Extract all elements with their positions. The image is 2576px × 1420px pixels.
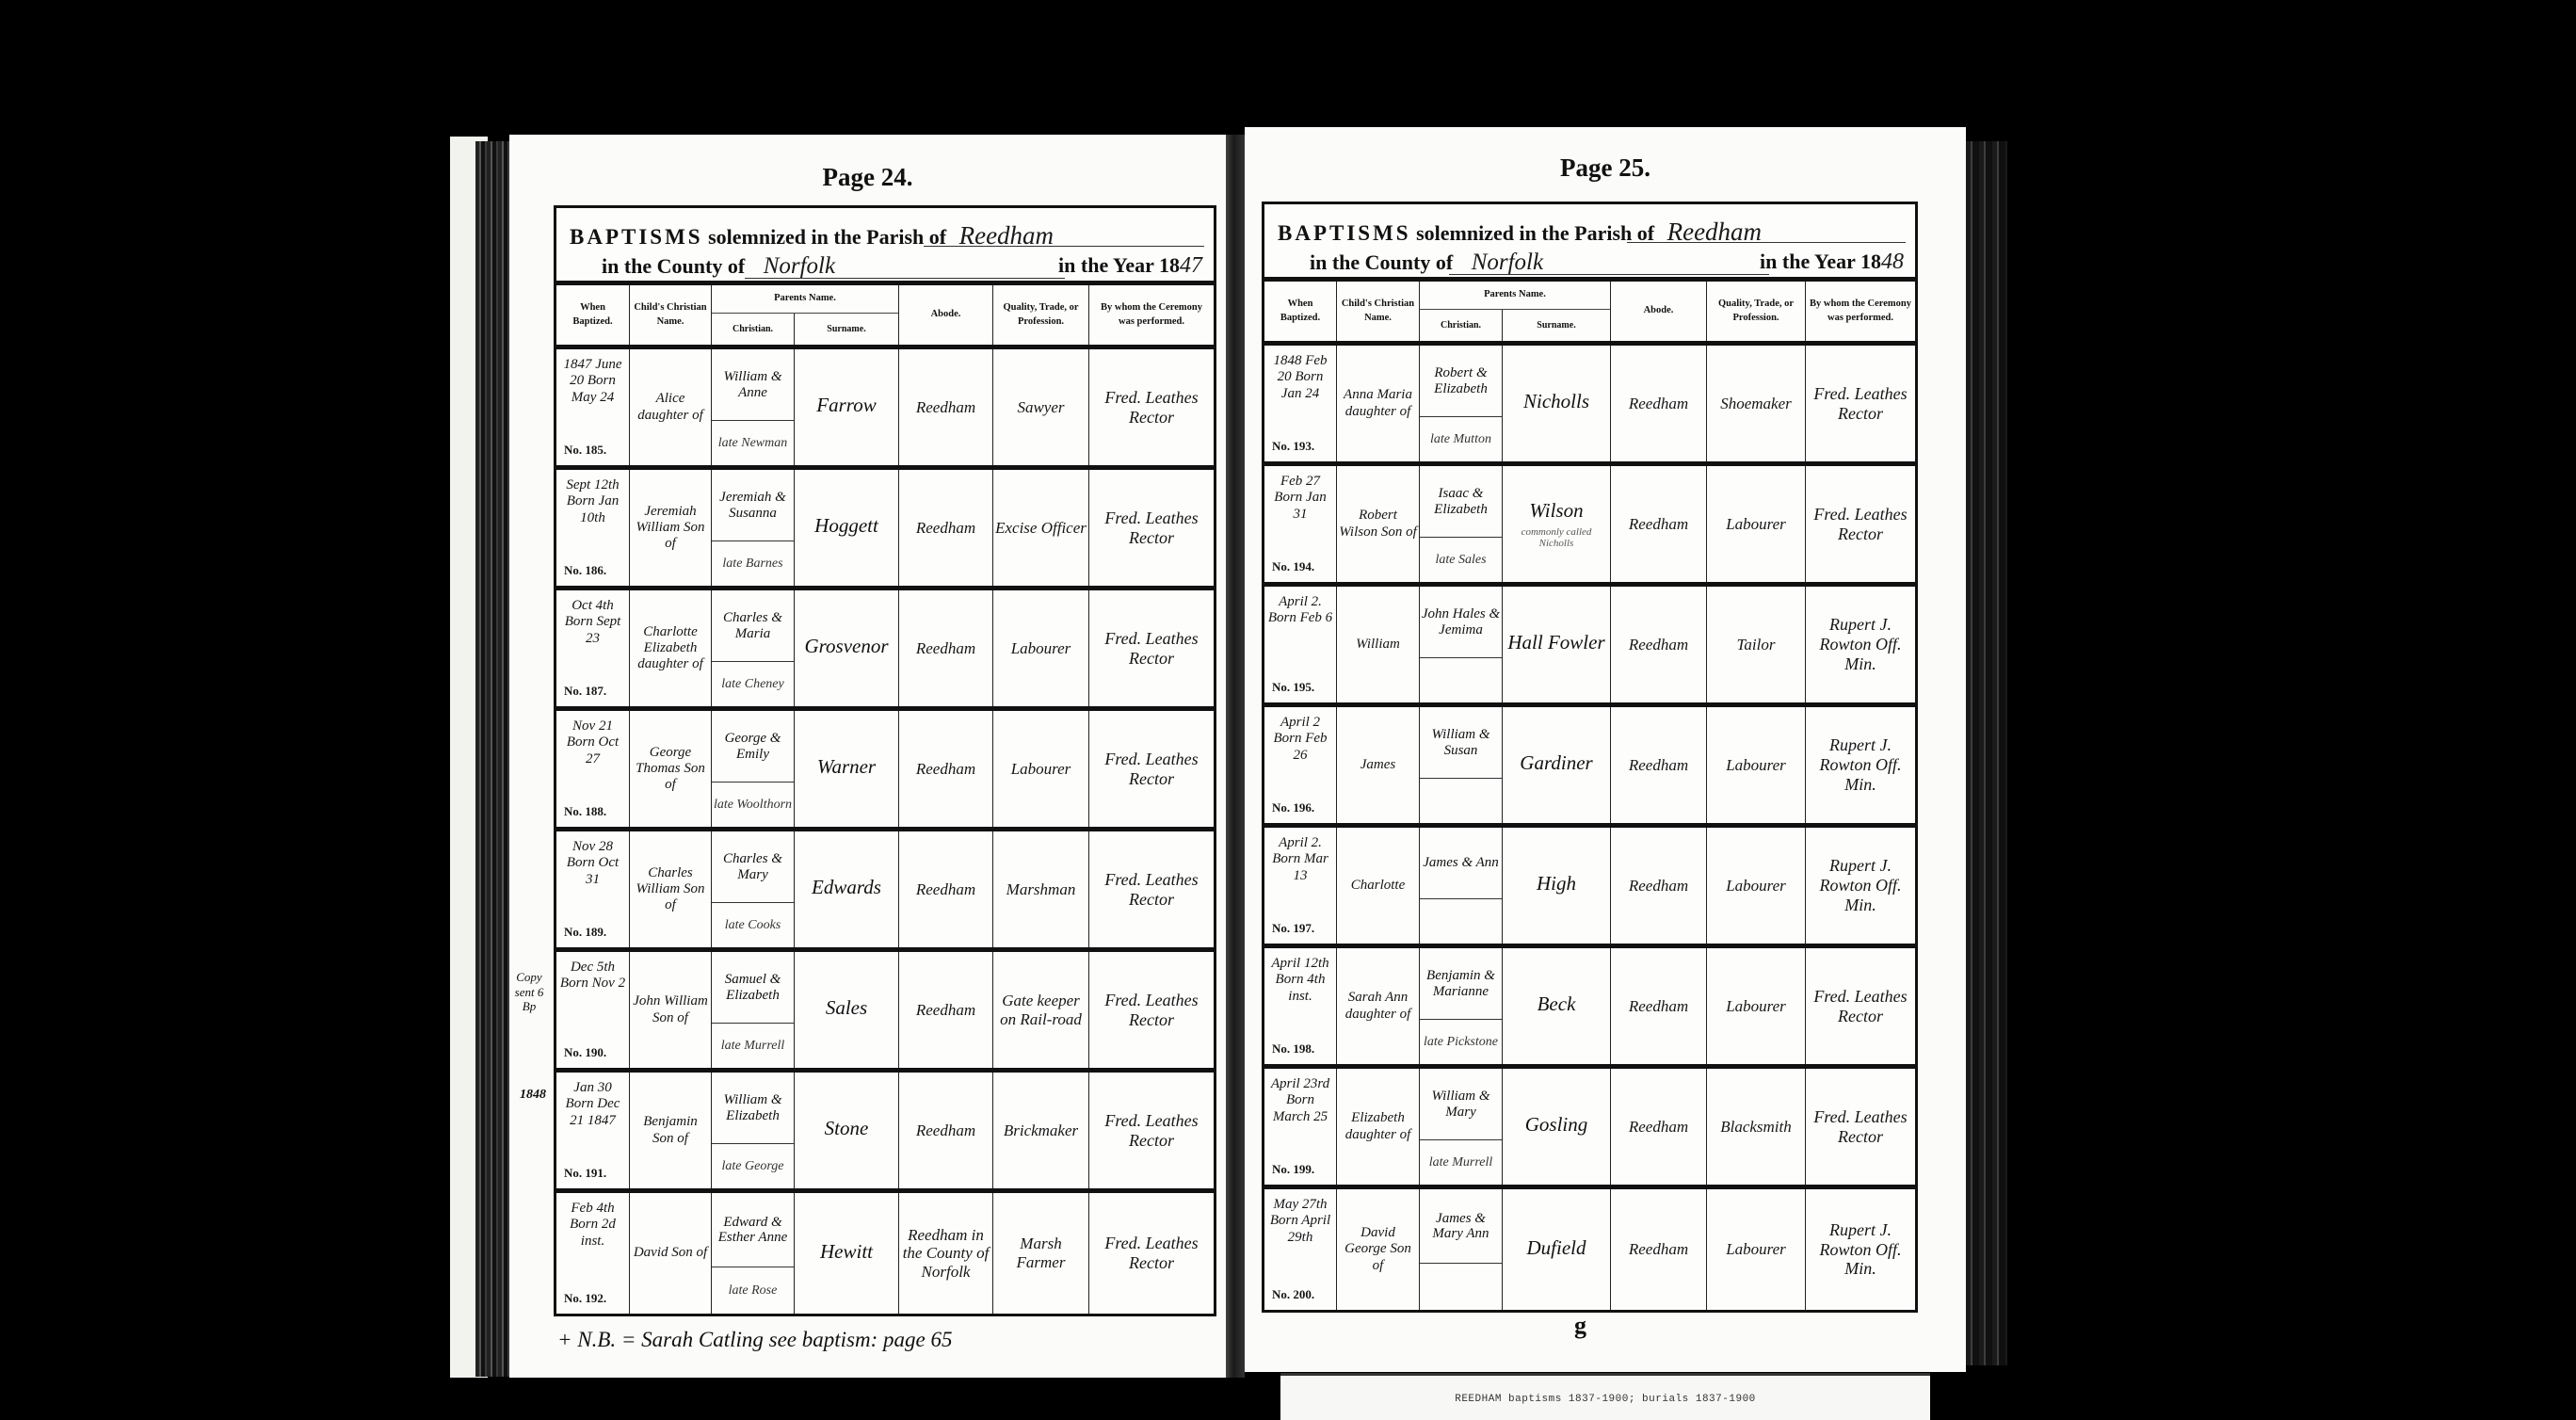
microfilm-caption: REEDHAM baptisms 1837-1900; burials 1837…	[1455, 1394, 1756, 1405]
child-name-text: Elizabeth daughter of	[1339, 1110, 1417, 1143]
mother-maiden-text: late Murrell	[1429, 1155, 1493, 1170]
entry-number: No. 190.	[564, 1046, 606, 1060]
mother-maiden-name: late Mutton	[1420, 417, 1502, 461]
parents-surname-text: Dufield	[1527, 1236, 1586, 1260]
parents-cell: Jeremiah & Susannalate BarnesHoggett	[712, 470, 899, 586]
parish-fill-line	[924, 246, 1204, 247]
parents-christian-names: Jeremiah & Susanna	[712, 470, 794, 541]
by-whom-text: Fred. Leathes Rector	[1091, 508, 1212, 547]
register-entry-row: 1847 June 20 Born May 24No. 185.Alice da…	[556, 349, 1214, 470]
child-name-cell: Alice daughter of	[630, 349, 712, 465]
entry-number: No. 195.	[1272, 681, 1314, 695]
by-whom-text: Fred. Leathes Rector	[1808, 1107, 1913, 1146]
abode-text: Reedham	[916, 1121, 975, 1140]
mother-maiden-name: late Sales	[1420, 538, 1502, 582]
parents-surname-text: Gosling	[1525, 1113, 1588, 1137]
child-name-text: George Thomas Son of	[632, 745, 709, 794]
abode-text: Reedham	[1629, 515, 1688, 534]
child-name-cell: Sarah Ann daughter of	[1337, 948, 1420, 1064]
register-entry-row: Nov 28 Born Oct 31No. 189.Charles Willia…	[556, 831, 1214, 952]
mother-maiden-name	[1420, 899, 1502, 944]
parents-surname-cell: Hewitt	[795, 1193, 898, 1314]
right-page-title: Page 25.	[1245, 153, 1966, 183]
parents-christian-text: Robert & Elizabeth	[1420, 365, 1502, 396]
abode-text: Reedham	[1629, 877, 1688, 896]
when-baptized-text: 1848 Feb 20 Born Jan 24	[1266, 353, 1334, 402]
parents-christian-cell: James & Ann	[1420, 828, 1503, 944]
abode-text: Reedham	[1629, 636, 1688, 654]
parents-christian-names: Edward & Esther Anne	[712, 1193, 794, 1267]
when-baptized-text: Sept 12th Born Jan 10th	[558, 477, 627, 526]
child-name-text: John William Son of	[632, 993, 709, 1026]
child-name-cell: David Son of	[630, 1193, 712, 1314]
right-register-rows: 1848 Feb 20 Born Jan 24No. 193.Anna Mari…	[1264, 346, 1915, 1310]
parents-surname-cell: Gardiner	[1503, 707, 1610, 823]
entry-number: No. 192.	[564, 1292, 606, 1306]
col-parents-surname: Surname.	[795, 314, 898, 345]
parents-surname-text: Gardiner	[1520, 751, 1592, 775]
parents-surname-text: Sales	[826, 996, 867, 1020]
year-label: in the Year 18	[1760, 250, 1881, 273]
parents-christian-cell: John Hales & Jemima	[1420, 587, 1503, 702]
abode-text: Reedham	[916, 760, 975, 779]
when-baptized-cell: Oct 4th Born Sept 23No. 187.	[556, 590, 630, 706]
when-baptized-text: April 2. Born Feb 6	[1266, 594, 1334, 627]
mother-maiden-name: late Rose	[712, 1267, 794, 1314]
right-heading-year: in the Year 1848	[1760, 250, 1904, 275]
parents-christian-cell: Edward & Esther Annelate Rose	[712, 1193, 795, 1314]
entry-number: No. 198.	[1272, 1042, 1314, 1057]
parents-christian-names: Charles & Mary	[712, 831, 794, 903]
parents-christian-text: Jeremiah & Susanna	[712, 490, 794, 521]
entry-number: No. 194.	[1272, 560, 1314, 574]
when-baptized-cell: Nov 21 Born Oct 27No. 188.	[556, 711, 630, 827]
abode-cell: Reedham	[1611, 346, 1707, 461]
when-baptized-text: April 2. Born Mar 13	[1266, 835, 1334, 884]
when-baptized-text: May 27th Born April 29th	[1266, 1197, 1334, 1246]
abode-cell: Reedham	[1611, 587, 1707, 702]
when-baptized-cell: May 27th Born April 29thNo. 200.	[1264, 1189, 1337, 1310]
entry-number: No. 199.	[1272, 1163, 1314, 1177]
entry-number: No. 188.	[564, 805, 606, 819]
when-baptized-cell: Sept 12th Born Jan 10thNo. 186.	[556, 470, 630, 586]
county-fill-line	[1449, 274, 1769, 275]
child-name-text: Anna Maria daughter of	[1339, 387, 1417, 420]
child-name-text: Robert Wilson Son of	[1339, 508, 1417, 541]
by-whom-text: Fred. Leathes Rector	[1091, 1111, 1212, 1150]
col-quality: Quality, Trade, or Profession.	[993, 285, 1089, 345]
by-whom-text: Fred. Leathes Rector	[1091, 629, 1212, 668]
parents-christian-text: Charles & Maria	[712, 610, 794, 641]
by-whom-cell: Rupert J. Rowton Off. Min.	[1806, 1189, 1915, 1310]
abode-text: Reedham	[1629, 1240, 1688, 1259]
abode-text: Reedham	[1629, 997, 1688, 1016]
child-name-cell: James	[1337, 707, 1420, 823]
abode-cell: Reedham	[899, 831, 993, 947]
parents-christian-cell: William & Elizabethlate George	[712, 1073, 795, 1188]
when-baptized-text: April 12th Born 4th inst.	[1266, 956, 1334, 1005]
parents-surname-text: Stone	[825, 1117, 869, 1140]
entry-number: No. 185.	[564, 444, 606, 458]
when-baptized-cell: April 2. Born Mar 13No. 197.	[1264, 828, 1337, 944]
abode-cell: Reedham	[1611, 948, 1707, 1064]
mother-maiden-text: late Barnes	[722, 557, 782, 571]
quality-text: Labourer	[1011, 760, 1071, 779]
when-baptized-cell: Nov 28 Born Oct 31No. 189.	[556, 831, 630, 947]
parents-christian-text: Charles & Mary	[712, 851, 794, 882]
mother-maiden-name: late Barnes	[712, 541, 794, 586]
parents-christian-cell: William & Marylate Murrell	[1420, 1069, 1503, 1185]
by-whom-cell: Fred. Leathes Rector	[1806, 466, 1915, 582]
when-baptized-text: Jan 30 Born Dec 21 1847	[558, 1080, 627, 1129]
by-whom-cell: Fred. Leathes Rector	[1089, 711, 1214, 827]
quality-text: Brickmaker	[1004, 1121, 1078, 1140]
parents-christian-names: Isaac & Elizabeth	[1420, 466, 1502, 538]
parents-christian-text: William & Elizabeth	[712, 1092, 794, 1123]
col-abode: Abode.	[899, 285, 993, 345]
left-county-value: Norfolk	[764, 253, 835, 279]
margin-note-text: Copy sent 6 Bp	[515, 970, 544, 1013]
left-margin-note-copy-sent: Copy sent 6 Bp	[508, 970, 550, 1014]
parents-surname-text: Hoggett	[814, 514, 878, 538]
parents-christian-names: William & Elizabeth	[712, 1073, 794, 1144]
parents-christian-cell: Benjamin & Mariannelate Pickstone	[1420, 948, 1503, 1064]
when-baptized-cell: Feb 4th Born 2d inst.No. 192.	[556, 1193, 630, 1314]
entry-number: No. 187.	[564, 685, 606, 699]
by-whom-cell: Fred. Leathes Rector	[1089, 1193, 1214, 1314]
col-parents-christian: Christian.	[712, 314, 795, 345]
entry-number: No. 191.	[564, 1167, 606, 1181]
by-whom-cell: Fred. Leathes Rector	[1089, 1073, 1214, 1188]
parents-christian-text: James & Mary Ann	[1420, 1211, 1502, 1242]
child-name-text: Alice daughter of	[632, 391, 709, 424]
mother-maiden-text: late Rose	[729, 1283, 778, 1298]
left-page-footnote: + N.B. = Sarah Catling see baptism: page…	[557, 1328, 952, 1352]
quality-text: Labourer	[1726, 877, 1786, 896]
microfilm-caption-strip: REEDHAM baptisms 1837-1900; burials 1837…	[1280, 1373, 1930, 1420]
parents-surname-cell: Gosling	[1503, 1069, 1610, 1185]
parents-christian-cell: William & Susan	[1420, 707, 1503, 823]
parents-surname-cell: Dufield	[1503, 1189, 1610, 1310]
abode-cell: Reedham	[899, 711, 993, 827]
abode-cell: Reedham	[1611, 1189, 1707, 1310]
right-county-value: Norfolk	[1472, 250, 1543, 275]
quality-text: Marsh Farmer	[995, 1234, 1087, 1271]
register-entry-row: Feb 27 Born Jan 31No. 194.Robert Wilson …	[1264, 466, 1915, 587]
right-column-headers: When Baptized. Child's Christian Name. P…	[1264, 282, 1915, 346]
parents-christian-cell: Jeremiah & Susannalate Barnes	[712, 470, 795, 586]
abode-text: Reedham	[916, 1001, 975, 1020]
quality-cell: Blacksmith	[1707, 1069, 1806, 1185]
register-entry-row: Jan 30 Born Dec 21 1847No. 191.Benjamin …	[556, 1073, 1214, 1193]
mother-maiden-name	[1420, 658, 1502, 702]
abode-text: Reedham	[1629, 756, 1688, 775]
by-whom-cell: Fred. Leathes Rector	[1806, 1069, 1915, 1185]
parents-cell: Samuel & Elizabethlate MurrellSales	[712, 952, 899, 1068]
left-heading-county-line: in the County of Norfolk	[602, 253, 835, 280]
parents-christian-text: James & Ann	[1423, 855, 1499, 871]
child-name-text: James	[1360, 757, 1396, 773]
parents-christian-cell: William & Annelate Newman	[712, 349, 795, 465]
quality-cell: Tailor	[1707, 587, 1806, 702]
left-binding-stripe	[475, 141, 509, 1377]
by-whom-text: Fred. Leathes Rector	[1091, 991, 1212, 1029]
by-whom-cell: Fred. Leathes Rector	[1089, 349, 1214, 465]
right-register-table: BAPTISMS solemnized in the Parish of Ree…	[1262, 202, 1918, 1313]
left-year-value: 47	[1180, 253, 1202, 278]
when-baptized-text: Nov 28 Born Oct 31	[558, 839, 627, 888]
mother-maiden-name: late Cooks	[712, 903, 794, 947]
parents-surname-cell: Sales	[795, 952, 898, 1068]
quality-cell: Marsh Farmer	[993, 1193, 1089, 1314]
parents-surname-cell: Nicholls	[1503, 346, 1610, 461]
child-name-cell: Elizabeth daughter of	[1337, 1069, 1420, 1185]
parents-christian-names: George & Emily	[712, 711, 794, 783]
parents-surname-cell: Wilsoncommonly called Nicholls	[1503, 466, 1610, 582]
parents-cell: Benjamin & Mariannelate PickstoneBeck	[1420, 948, 1611, 1064]
entry-number: No. 197.	[1272, 922, 1314, 936]
parents-cell: Charles & Marialate CheneyGrosvenor	[712, 590, 899, 706]
when-baptized-text: April 2 Born Feb 26	[1266, 715, 1334, 764]
quality-text: Excise Officer	[995, 519, 1087, 538]
by-whom-cell: Fred. Leathes Rector	[1806, 948, 1915, 1064]
when-baptized-cell: April 2 Born Feb 26No. 196.	[1264, 707, 1337, 823]
col-parents-christian: Christian.	[1420, 310, 1503, 341]
by-whom-text: Rupert J. Rowton Off. Min.	[1808, 1220, 1913, 1279]
parents-surname-cell: Hall Fowler	[1503, 587, 1610, 702]
parents-surname-cell: Stone	[795, 1073, 898, 1188]
child-name-text: David George Son of	[1339, 1225, 1417, 1274]
by-whom-cell: Rupert J. Rowton Off. Min.	[1806, 707, 1915, 823]
parents-christian-names: William & Susan	[1420, 707, 1502, 779]
quality-cell: Labourer	[1707, 828, 1806, 944]
register-entry-row: Oct 4th Born Sept 23No. 187.Charlotte El…	[556, 590, 1214, 711]
entry-number: No. 200.	[1272, 1288, 1314, 1302]
when-baptized-cell: Jan 30 Born Dec 21 1847No. 191.	[556, 1073, 630, 1188]
quality-text: Tailor	[1737, 636, 1776, 654]
parents-christian-cell: George & Emilylate Woolthorn	[712, 711, 795, 827]
register-entry-row: April 2 Born Feb 26No. 196.JamesWilliam …	[1264, 707, 1915, 828]
parents-surname-cell: Grosvenor	[795, 590, 898, 706]
register-entry-row: April 2. Born Mar 13No. 197.CharlotteJam…	[1264, 828, 1915, 948]
col-parents-surname: Surname.	[1503, 310, 1610, 341]
by-whom-text: Fred. Leathes Rector	[1808, 384, 1913, 423]
col-by-whom: By whom the Ceremony was performed.	[1806, 282, 1915, 341]
parents-surname-cell: Warner	[795, 711, 898, 827]
quality-cell: Marshman	[993, 831, 1089, 947]
parents-christian-text: William & Mary	[1420, 1089, 1502, 1120]
parents-christian-cell: Charles & Marylate Cooks	[712, 831, 795, 947]
parents-cell: Charles & Marylate CooksEdwards	[712, 831, 899, 947]
mother-maiden-name: late Pickstone	[1420, 1020, 1502, 1064]
abode-text: Reedham in the County of Norfolk	[901, 1226, 990, 1282]
abode-cell: Reedham	[1611, 466, 1707, 582]
parents-cell: George & Emilylate WoolthornWarner	[712, 711, 899, 827]
by-whom-text: Fred. Leathes Rector	[1091, 750, 1212, 788]
when-baptized-text: Dec 5th Born Nov 2	[558, 960, 627, 992]
child-name-text: Sarah Ann daughter of	[1339, 990, 1417, 1023]
parents-christian-cell: Samuel & Elizabethlate Murrell	[712, 952, 795, 1068]
quality-cell: Sawyer	[993, 349, 1089, 465]
parents-surname-text: Beck	[1538, 992, 1576, 1016]
col-parents-name: Parents Name.	[1420, 282, 1610, 310]
col-parents-name: Parents Name.	[712, 285, 898, 314]
parents-cell: Edward & Esther Annelate RoseHewitt	[712, 1193, 899, 1314]
by-whom-text: Fred. Leathes Rector	[1091, 870, 1212, 909]
quality-cell: Labourer	[993, 590, 1089, 706]
parents-christian-names: John Hales & Jemima	[1420, 587, 1502, 658]
by-whom-cell: Fred. Leathes Rector	[1089, 470, 1214, 586]
child-name-cell: John William Son of	[630, 952, 712, 1068]
book-gutter	[1226, 135, 1245, 1378]
col-abode: Abode.	[1611, 282, 1707, 341]
child-name-cell: Robert Wilson Son of	[1337, 466, 1420, 582]
abode-cell: Reedham	[1611, 1069, 1707, 1185]
by-whom-text: Rupert J. Rowton Off. Min.	[1808, 856, 1913, 914]
parents-surname-text: Hewitt	[820, 1240, 873, 1264]
mother-maiden-name: late Cheney	[712, 662, 794, 706]
entry-number: No. 186.	[564, 564, 606, 578]
register-entry-row: Dec 5th Born Nov 2No. 190.John William S…	[556, 952, 1214, 1073]
left-margin-note-year: 1848	[512, 1088, 554, 1104]
quality-text: Labourer	[1726, 1240, 1786, 1259]
child-name-text: William	[1356, 637, 1400, 653]
mother-maiden-text: late Sales	[1435, 553, 1486, 567]
abode-cell: Reedham	[899, 952, 993, 1068]
when-baptized-text: Feb 27 Born Jan 31	[1266, 474, 1334, 523]
mother-maiden-text: late Cooks	[725, 918, 781, 932]
quality-text: Gate keeper on Rail-road	[995, 992, 1087, 1028]
parents-christian-names: James & Ann	[1420, 828, 1502, 899]
parish-fill-line	[1627, 242, 1906, 243]
when-baptized-text: Nov 21 Born Oct 27	[558, 718, 627, 767]
child-name-cell: Charlotte Elizabeth daughter of	[630, 590, 712, 706]
child-name-cell: Benjamin Son of	[630, 1073, 712, 1188]
parents-surname-cell: Hoggett	[795, 470, 898, 586]
parents-cell: William & Annelate NewmanFarrow	[712, 349, 899, 465]
parents-surname-cell: High	[1503, 828, 1610, 944]
county-label: in the County of	[1310, 250, 1453, 274]
margin-note-year-text: 1848	[520, 1088, 546, 1102]
left-page-title: Page 24.	[509, 163, 1226, 192]
left-register-rows: 1847 June 20 Born May 24No. 185.Alice da…	[556, 349, 1214, 1314]
child-name-cell: George Thomas Son of	[630, 711, 712, 827]
by-whom-cell: Fred. Leathes Rector	[1089, 831, 1214, 947]
by-whom-cell: Fred. Leathes Rector	[1806, 346, 1915, 461]
left-heading-year: in the Year 1847	[1058, 253, 1202, 279]
parents-christian-names: Benjamin & Marianne	[1420, 948, 1502, 1020]
abode-text: Reedham	[916, 639, 975, 658]
parents-surname-cell: Beck	[1503, 948, 1610, 1064]
by-whom-cell: Fred. Leathes Rector	[1089, 952, 1214, 1068]
left-register-table: BAPTISMS solemnized in the Parish of Ree…	[554, 205, 1216, 1316]
abode-text: Reedham	[916, 398, 975, 417]
parents-cell: James & AnnHigh	[1420, 828, 1611, 944]
parents-cell: James & Mary AnnDufield	[1420, 1189, 1611, 1310]
by-whom-text: Rupert J. Rowton Off. Min.	[1808, 615, 1913, 673]
col-when-baptized: When Baptized.	[1264, 282, 1337, 341]
register-entry-row: April 23rd Born March 25No. 199.Elizabet…	[1264, 1069, 1915, 1189]
mother-maiden-name	[1420, 779, 1502, 823]
parents-christian-names: William & Anne	[712, 349, 794, 421]
child-name-cell: Jeremiah William Son of	[630, 470, 712, 586]
col-childs-name: Child's Christian Name.	[630, 285, 712, 345]
register-entry-row: April 2. Born Feb 6No. 195.WilliamJohn H…	[1264, 587, 1915, 707]
quality-cell: Labourer	[993, 711, 1089, 827]
parents-christian-names: Robert & Elizabeth	[1420, 346, 1502, 417]
quality-text: Shoemaker	[1720, 395, 1792, 413]
parents-surname-text: High	[1537, 872, 1576, 896]
by-whom-text: Fred. Leathes Rector	[1091, 1234, 1212, 1272]
when-baptized-text: Feb 4th Born 2d inst.	[558, 1201, 627, 1250]
right-heading-county-line: in the County of Norfolk	[1310, 250, 1543, 276]
when-baptized-text: 1847 June 20 Born May 24	[558, 357, 627, 406]
child-name-cell: William	[1337, 587, 1420, 702]
by-whom-cell: Rupert J. Rowton Off. Min.	[1806, 587, 1915, 702]
register-entry-row: Sept 12th Born Jan 10thNo. 186.Jeremiah …	[556, 470, 1214, 590]
parents-christian-text: John Hales & Jemima	[1420, 606, 1502, 637]
by-whom-text: Fred. Leathes Rector	[1808, 505, 1913, 543]
col-when-baptized: When Baptized.	[556, 285, 630, 345]
entry-number: No. 189.	[564, 926, 606, 940]
parents-christian-names: Samuel & Elizabeth	[712, 952, 794, 1024]
parents-christian-text: Benjamin & Marianne	[1420, 968, 1502, 999]
parents-surname-text: Hall Fowler	[1507, 631, 1604, 654]
parents-christian-text: Samuel & Elizabeth	[712, 972, 794, 1003]
child-name-text: Charlotte	[1351, 878, 1406, 894]
quality-cell: Shoemaker	[1707, 346, 1806, 461]
abode-text: Reedham	[916, 880, 975, 899]
abode-cell: Reedham in the County of Norfolk	[899, 1193, 993, 1314]
parents-cell: John Hales & JemimaHall Fowler	[1420, 587, 1611, 702]
abode-text: Reedham	[1629, 1118, 1688, 1137]
when-baptized-cell: April 12th Born 4th inst.No. 198.	[1264, 948, 1337, 1064]
mother-maiden-name	[1420, 1264, 1502, 1310]
parents-christian-names: William & Mary	[1420, 1069, 1502, 1140]
when-baptized-cell: April 23rd Born March 25No. 199.	[1264, 1069, 1337, 1185]
parents-christian-text: William & Anne	[712, 369, 794, 400]
county-label: in the County of	[602, 254, 745, 278]
quality-cell: Brickmaker	[993, 1073, 1089, 1188]
parents-surname-text: Nicholls	[1523, 390, 1589, 413]
quality-cell: Labourer	[1707, 707, 1806, 823]
register-entry-row: Nov 21 Born Oct 27No. 188.George Thomas …	[556, 711, 1214, 831]
when-baptized-cell: Dec 5th Born Nov 2No. 190.	[556, 952, 630, 1068]
parents-cell: William & Marylate MurrellGosling	[1420, 1069, 1611, 1185]
parents-christian-text: William & Susan	[1420, 727, 1502, 758]
quality-text: Labourer	[1726, 756, 1786, 775]
by-whom-text: Fred. Leathes Rector	[1091, 388, 1212, 427]
abode-cell: Reedham	[1611, 707, 1707, 823]
abode-cell: Reedham	[899, 470, 993, 586]
register-entry-row: 1848 Feb 20 Born Jan 24No. 193.Anna Mari…	[1264, 346, 1915, 466]
abode-cell: Reedham	[899, 590, 993, 706]
mother-maiden-text: late George	[722, 1159, 784, 1173]
parents-christian-cell: James & Mary Ann	[1420, 1189, 1503, 1310]
parents-surname-text: Wilson	[1529, 499, 1583, 523]
child-name-text: Jeremiah William Son of	[632, 504, 709, 553]
quality-text: Marshman	[1006, 880, 1076, 899]
abode-text: Reedham	[916, 519, 975, 538]
parents-surname-text: Edwards	[812, 876, 881, 899]
child-name-cell: Charlotte	[1337, 828, 1420, 944]
parents-surname-text: Farrow	[816, 394, 876, 417]
parents-surname-text: Grosvenor	[804, 635, 888, 658]
solemnized-label: solemnized in the Parish of	[1416, 221, 1654, 245]
parents-cell: Isaac & Elizabethlate SalesWilsoncommonl…	[1420, 466, 1611, 582]
register-entry-row: Feb 4th Born 2d inst.No. 192.David Son o…	[556, 1193, 1214, 1314]
right-year-value: 48	[1881, 250, 1904, 274]
